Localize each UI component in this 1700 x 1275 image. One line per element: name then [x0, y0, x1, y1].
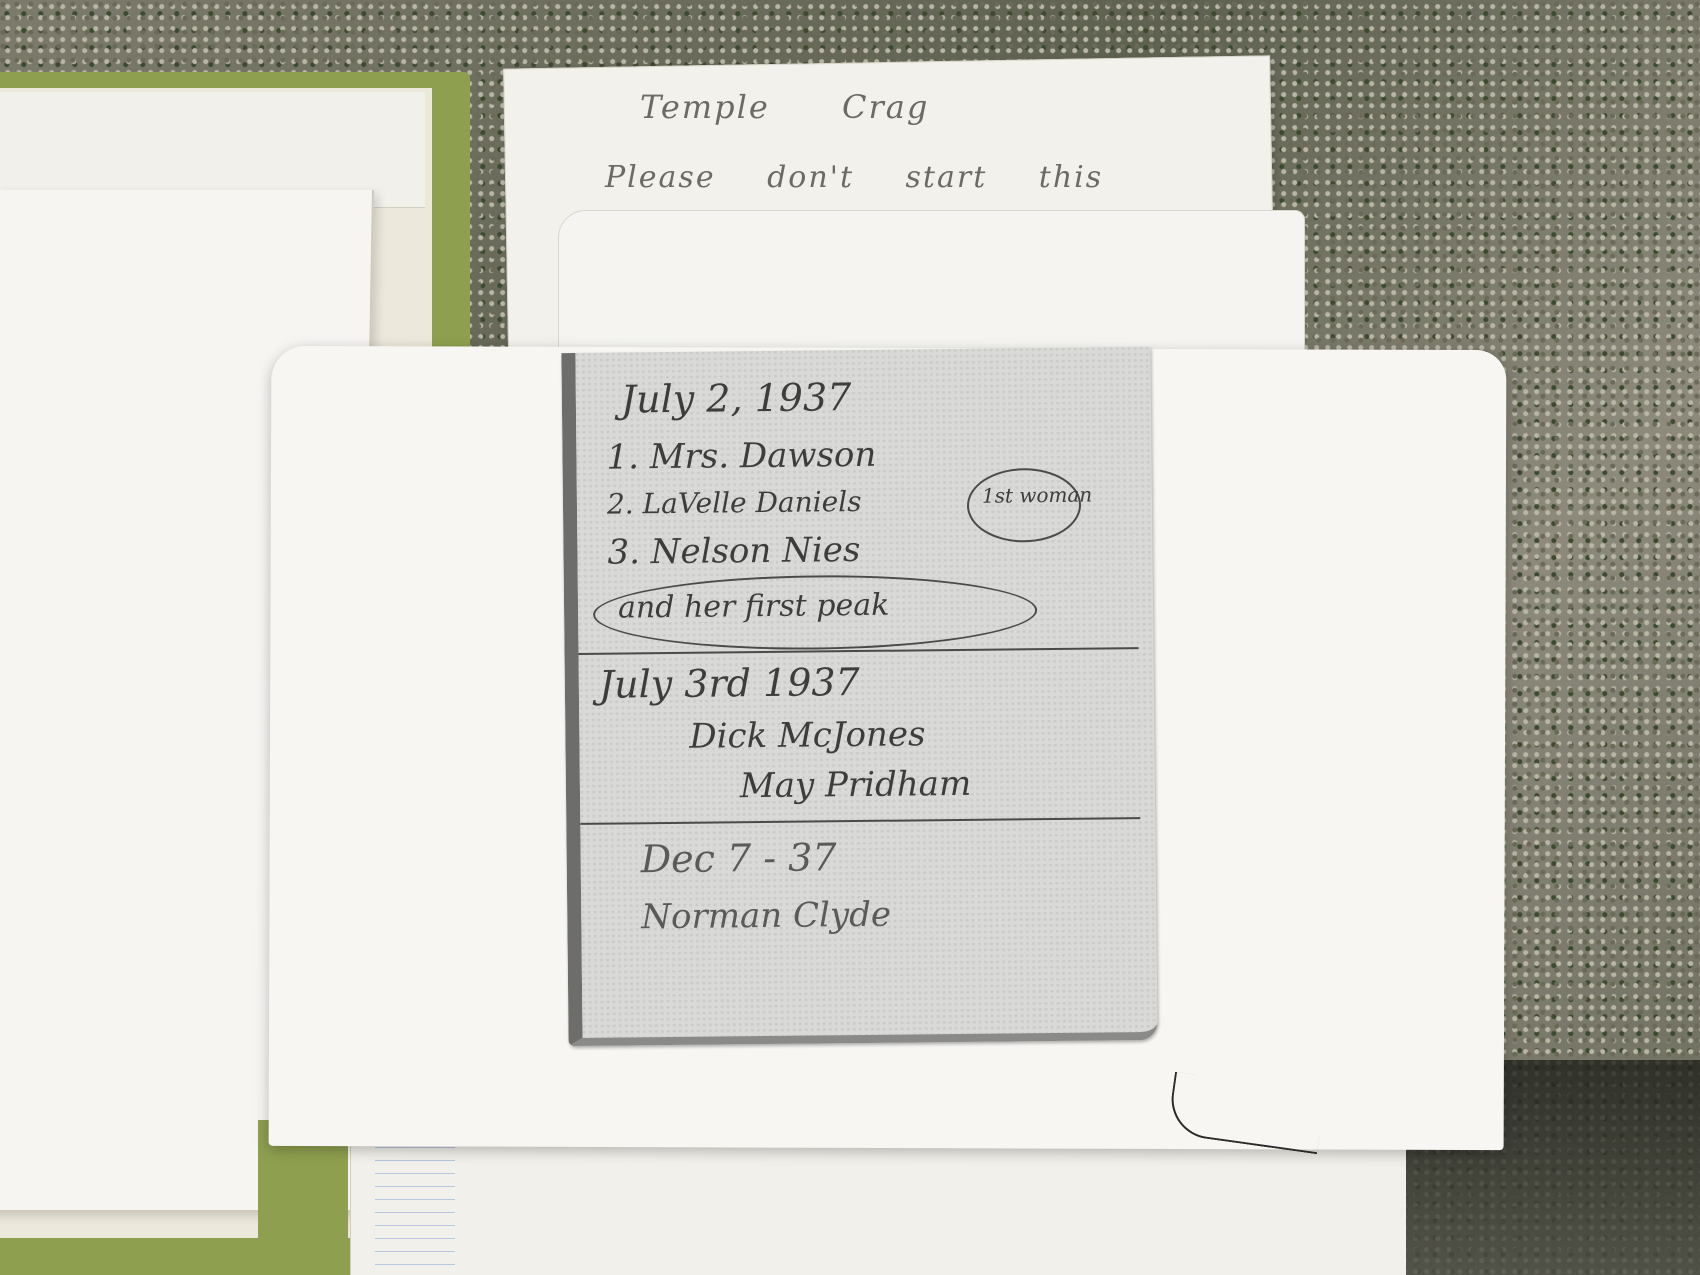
entry-divider [580, 817, 1140, 825]
entry-date: July 3rd 1937 [599, 660, 860, 707]
sheet-note: Please don't start this [605, 160, 1103, 195]
entry-name: May Pridham [740, 764, 972, 806]
envelope-sheet [558, 210, 1305, 352]
entry-name: 2. LaVelle Daniels [607, 485, 862, 521]
sheet-title: Temple Crag [640, 88, 929, 126]
annotation-oval-text: and her first peak [618, 588, 890, 626]
entry-name: 1. Mrs. Dawson [606, 435, 876, 478]
register-photocopy: July 2, 1937 1. Mrs. Dawson 2. LaVelle D… [561, 347, 1157, 1046]
entry-date: July 2, 1937 [621, 375, 852, 421]
lined-paper-edge [375, 1135, 455, 1275]
annotation-circle-text: 1st woman [982, 483, 1093, 508]
entry-date: Dec 7 - 37 [640, 835, 836, 881]
entry-name: Norman Clyde [641, 895, 891, 938]
entry-name: 3. Nelson Nies [607, 530, 860, 573]
entry-name: Dick McJones [689, 714, 925, 756]
